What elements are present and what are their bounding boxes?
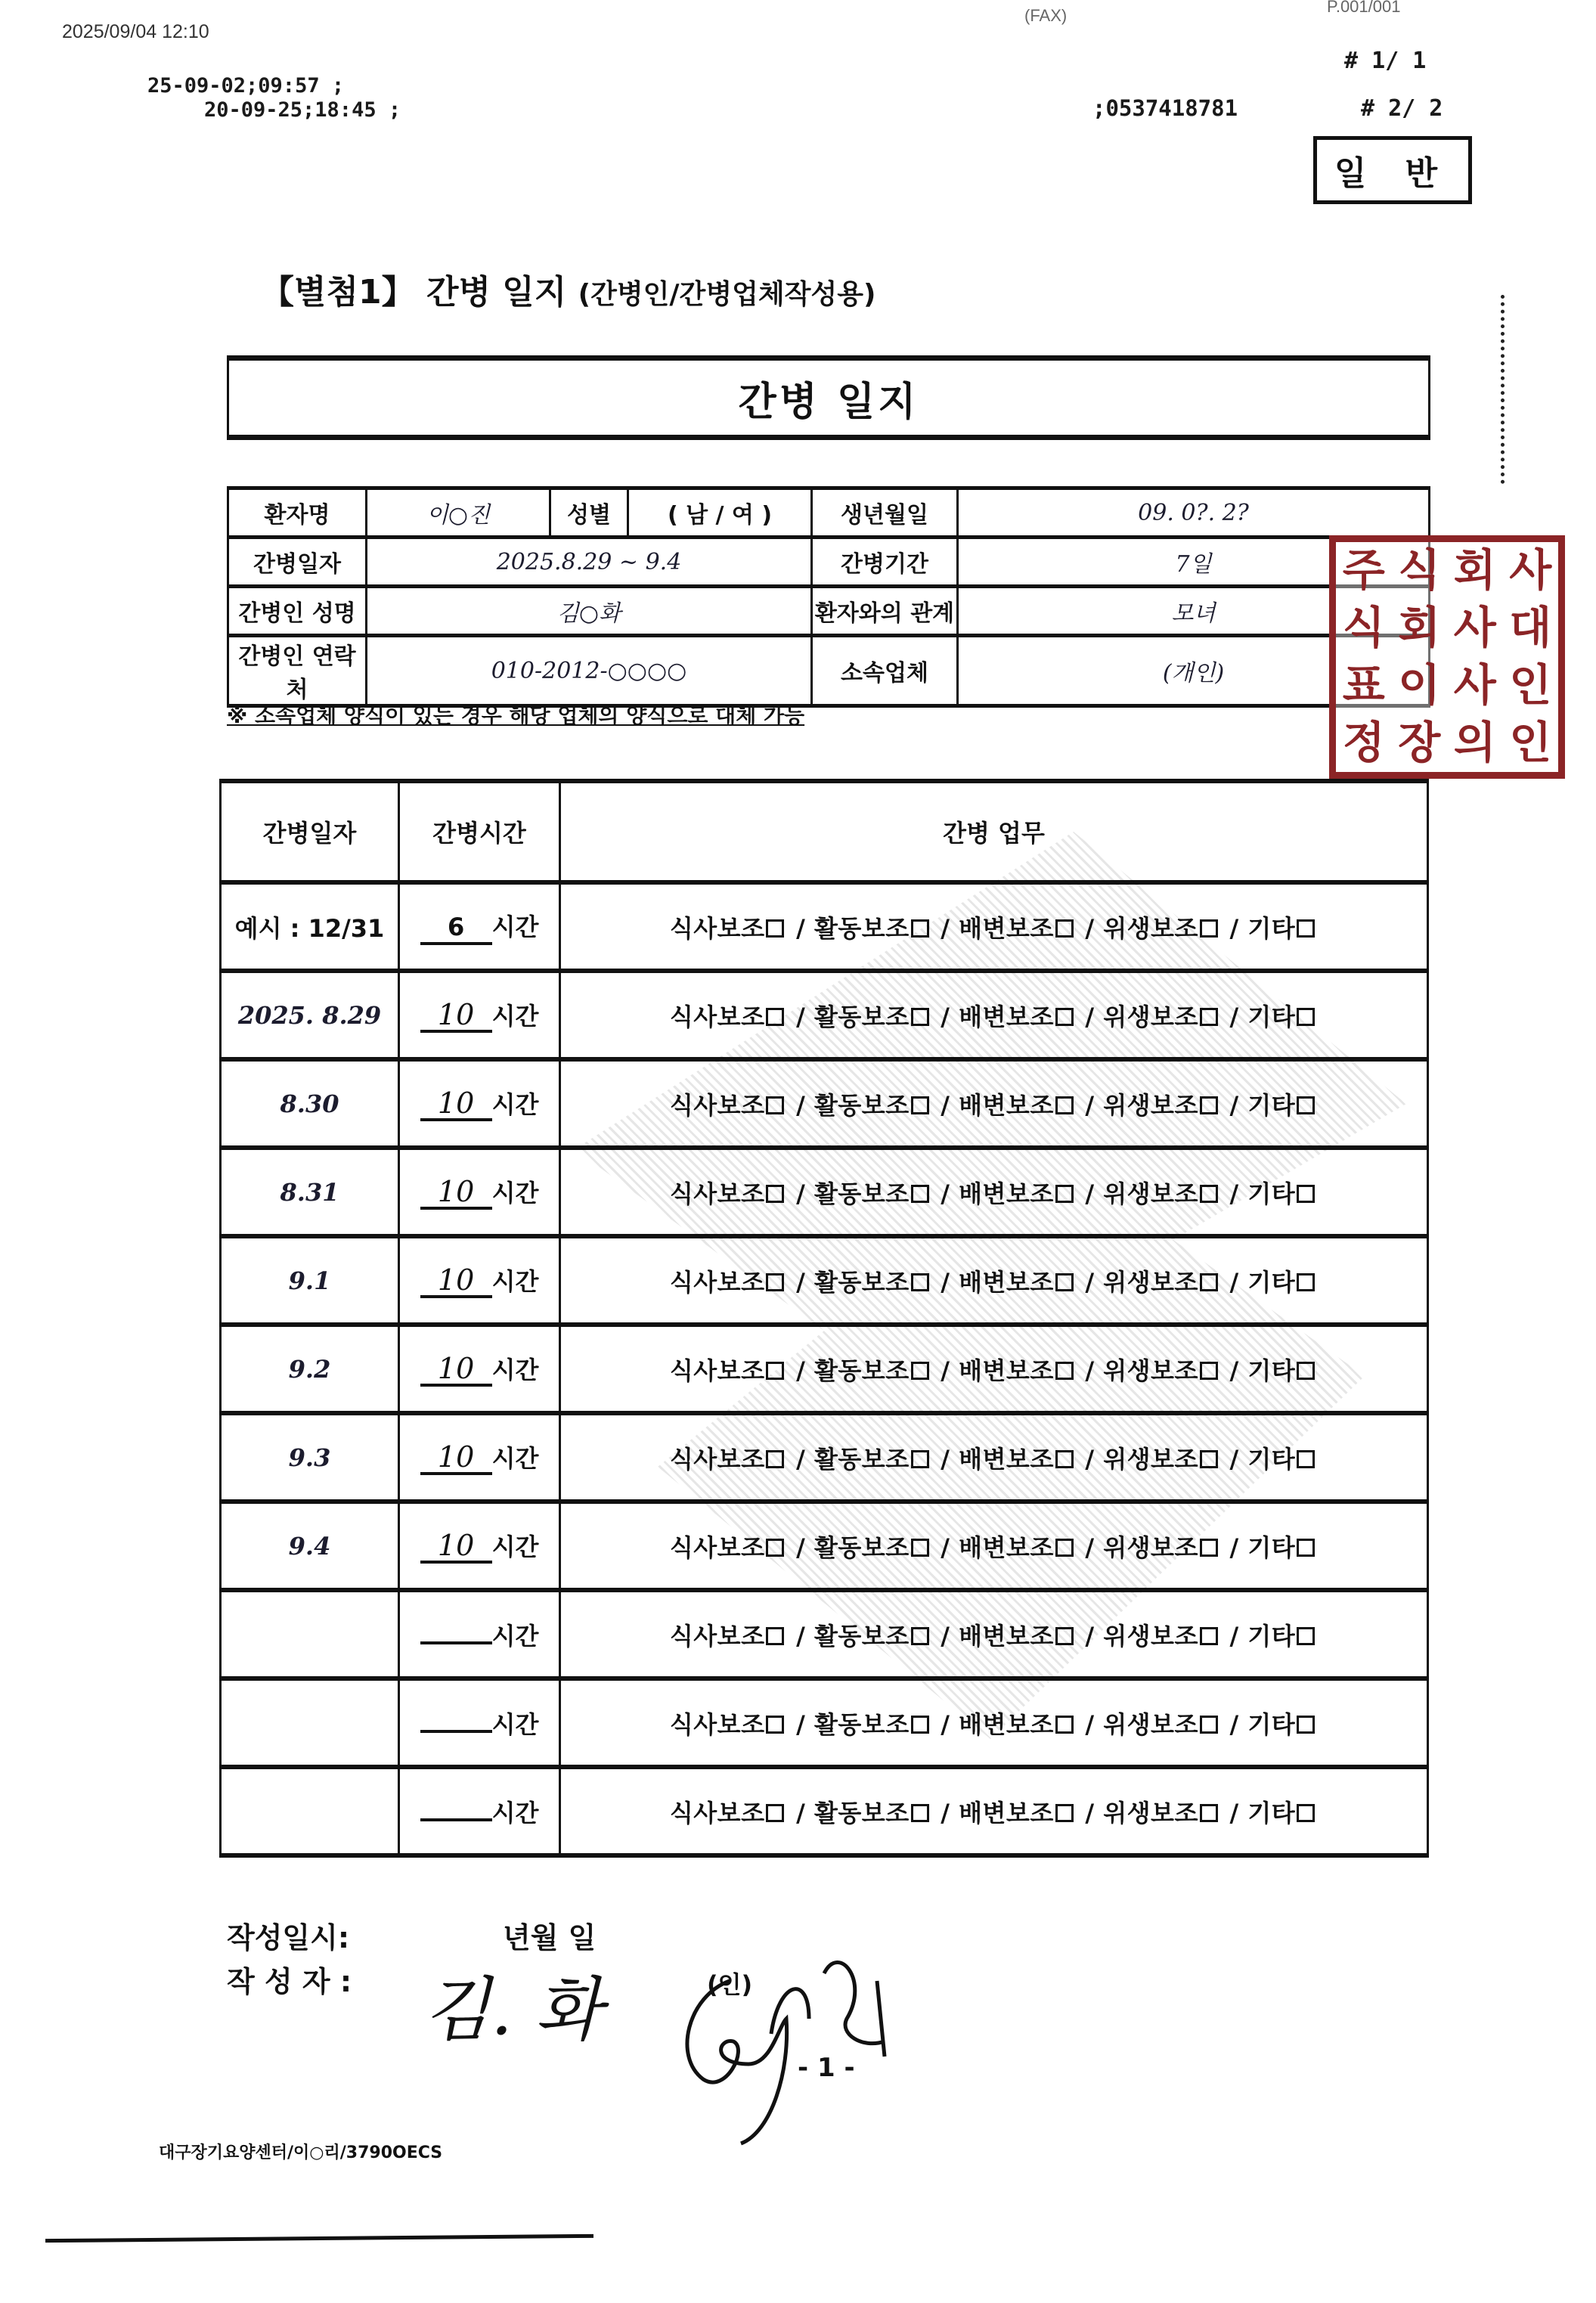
task-option[interactable]: 기타	[1247, 1533, 1318, 1562]
organization-footer: 대구장기요양센터/이○리/3790OECS	[159, 2140, 442, 2163]
task-option[interactable]: 배변보조	[959, 1533, 1077, 1562]
task-option[interactable]: 배변보조	[959, 1268, 1077, 1297]
task-option[interactable]: 기타	[1247, 1091, 1318, 1120]
author-label: 작 성 자 :	[227, 1958, 352, 2000]
bottom-rule	[45, 2234, 593, 2243]
label-caregiver-contact: 간병인 연락처	[228, 636, 367, 706]
checkbox-icon[interactable]	[1055, 1450, 1074, 1468]
task-option[interactable]: 기타	[1247, 1799, 1318, 1827]
row-date[interactable]	[221, 1678, 399, 1767]
checkbox-icon[interactable]	[911, 1185, 929, 1203]
checkbox-icon[interactable]	[1200, 1627, 1218, 1645]
value-gender: ( 남 / 여 )	[628, 488, 812, 538]
row-hours[interactable]: 시간	[399, 1678, 560, 1767]
task-option[interactable]: 활동보조	[814, 1710, 932, 1739]
seal-glyph: 표	[1336, 657, 1392, 714]
seal-glyph: 의	[1447, 714, 1503, 772]
care-log-row: 8.3110시간식사보조 / 활동보조 / 배변보조 / 위생보조 / 기타	[221, 1148, 1428, 1236]
label-patient-name: 환자명	[228, 488, 367, 538]
document-title: 간병 일지	[227, 355, 1430, 440]
fax-sender-number: ;0537418781	[1092, 95, 1238, 121]
seal-glyph: 사	[1447, 657, 1503, 714]
row-hours-unit: 시간	[492, 1799, 539, 1827]
task-option[interactable]: 식사보조	[670, 1533, 788, 1562]
checkbox-icon[interactable]	[1055, 1096, 1074, 1114]
checkbox-icon[interactable]	[1200, 1096, 1218, 1114]
row-hours-value[interactable]: 10	[420, 1530, 492, 1564]
row-date[interactable]	[221, 1590, 399, 1678]
margin-dotted-line	[1501, 295, 1505, 484]
row-hours-value[interactable]: 10	[420, 1442, 492, 1475]
written-date-label: 작성일시:	[227, 1914, 349, 1956]
checkbox-icon[interactable]	[1055, 919, 1074, 938]
task-option[interactable]: 위생보조	[1103, 1533, 1221, 1562]
fax-page-code: P.001/001	[1327, 0, 1400, 17]
checkbox-icon[interactable]	[766, 1096, 784, 1114]
checkbox-icon[interactable]	[766, 1362, 784, 1380]
care-log-row: 9.110시간식사보조 / 활동보조 / 배변보조 / 위생보조 / 기타	[221, 1236, 1428, 1325]
header-care-date: 간병일자	[221, 781, 399, 882]
fax-line1-page: # 1/ 1	[1344, 48, 1426, 74]
task-option[interactable]: 식사보조	[670, 1799, 788, 1827]
row-hours-unit: 시간	[492, 1533, 539, 1561]
task-option[interactable]: 위생보조	[1103, 1091, 1221, 1120]
care-log-row: 8.3010시간식사보조 / 활동보조 / 배변보조 / 위생보조 / 기타	[221, 1059, 1428, 1148]
row-tasks: 식사보조 / 활동보조 / 배변보조 / 위생보조 / 기타	[560, 1767, 1428, 1855]
value-care-dates: 2025.8.29 ~ 9.4	[367, 538, 812, 587]
row-date[interactable]: 9.3	[221, 1413, 399, 1502]
task-option[interactable]: 위생보조	[1103, 1179, 1221, 1208]
checkbox-icon[interactable]	[766, 1273, 784, 1291]
checkbox-icon[interactable]	[766, 1539, 784, 1557]
task-option[interactable]: 배변보조	[959, 1091, 1077, 1120]
seal-glyph: 대	[1503, 600, 1559, 657]
task-option[interactable]: 활동보조	[814, 1003, 932, 1031]
care-log-example-row: 예시 : 12/31 6시간 식사보조 / 활동보조 / 배변보조 / 위생보조…	[221, 882, 1428, 971]
task-option[interactable]: 식사보조	[670, 1445, 788, 1474]
seal-glyph: 사	[1447, 600, 1503, 657]
seal-glyph: 회	[1447, 542, 1503, 600]
checkbox-icon[interactable]	[1297, 1362, 1315, 1380]
checkbox-icon[interactable]	[1297, 1273, 1315, 1291]
row-hours-unit: 시간	[492, 1356, 539, 1384]
row-hours[interactable]: 시간	[399, 1590, 560, 1678]
seal-glyph: 인	[1503, 657, 1559, 714]
seal-glyph: 인	[1503, 714, 1559, 772]
fax-line2-page: # 2/ 2	[1361, 95, 1443, 122]
task-option[interactable]: 위생보조	[1103, 1622, 1221, 1651]
checkbox-icon[interactable]	[1200, 1804, 1218, 1822]
fax-received-datetime: 2025/09/04 12:10	[62, 21, 209, 43]
seal-glyph: 회	[1392, 600, 1448, 657]
caregiver-contact-row: 간병인 연락처 010-2012-○○○○ 소속업체 (개인)	[228, 636, 1430, 706]
example-hours-value: 6	[420, 912, 492, 945]
heading-subtitle: (간병인/간병업체작성용)	[578, 279, 876, 310]
checkbox-icon[interactable]	[766, 919, 784, 938]
row-hours-value[interactable]: 10	[420, 1000, 492, 1033]
row-hours[interactable]: 10시간	[399, 1059, 560, 1148]
checkbox-icon[interactable]	[766, 1804, 784, 1822]
row-hours-value[interactable]: 10	[420, 1176, 492, 1210]
task-option[interactable]: 배변보조	[959, 1622, 1077, 1651]
author-signature: 김. 화	[423, 1954, 602, 2054]
row-hours-unit: 시간	[492, 1090, 539, 1119]
row-hours-value[interactable]: 10	[420, 1353, 492, 1387]
row-hours-value[interactable]: 10	[420, 1088, 492, 1121]
checkbox-icon[interactable]	[1055, 1185, 1074, 1203]
task-option[interactable]: 배변보조	[959, 1710, 1077, 1739]
task-option[interactable]: 활동보조	[814, 1533, 932, 1562]
checkbox-icon[interactable]	[1200, 1450, 1218, 1468]
document-heading: 【별첨1】 간병 일지 (간병인/간병업체작성용)	[261, 265, 875, 313]
checkbox-icon[interactable]	[766, 1185, 784, 1203]
row-hours-value[interactable]: 10	[420, 1265, 492, 1298]
page-number: - 1 -	[798, 2053, 855, 2083]
seal-glyph: 장	[1392, 714, 1448, 772]
care-log-header: 간병일자 간병시간 간병 업무	[221, 781, 1428, 882]
checkbox-icon[interactable]	[911, 1273, 929, 1291]
task-option[interactable]: 활동보조	[814, 1622, 932, 1651]
task-option[interactable]: 활동보조	[814, 1091, 932, 1120]
task-option[interactable]: 기타	[1247, 1179, 1318, 1208]
label-care-period: 간병기간	[812, 538, 958, 587]
checkbox-icon[interactable]	[1297, 1627, 1315, 1645]
checkbox-icon[interactable]	[1200, 919, 1218, 938]
care-log-row: 시간식사보조 / 활동보조 / 배변보조 / 위생보조 / 기타	[221, 1678, 1428, 1767]
row-hours[interactable]: 10시간	[399, 1413, 560, 1502]
checkbox-icon[interactable]	[1055, 1273, 1074, 1291]
task-option[interactable]: 기타	[1247, 1003, 1318, 1031]
checkbox-icon[interactable]	[1055, 1008, 1074, 1026]
task-option[interactable]: 배변보조	[959, 1179, 1077, 1208]
task-option[interactable]: 배변보조	[959, 1356, 1077, 1385]
row-tasks: 식사보조 / 활동보조 / 배변보조 / 위생보조 / 기타	[560, 1236, 1428, 1325]
row-hours-unit: 시간	[492, 1002, 539, 1031]
task-option[interactable]: 위생보조	[1103, 1268, 1221, 1297]
agency-form-notice: ※ 소속업체 양식이 있는 경우 해당 업체의 양식으로 대체 가능	[227, 699, 804, 730]
seal-glyph: 사	[1503, 542, 1559, 600]
task-option[interactable]: 배변보조	[959, 1003, 1077, 1031]
checkbox-icon[interactable]	[911, 1096, 929, 1114]
label-relationship: 환자와의 관계	[812, 587, 958, 636]
caregiver-name-row: 간병인 성명 김○화 환자와의 관계 모녀	[228, 587, 1430, 636]
row-hours-value[interactable]	[420, 1818, 492, 1821]
patient-row: 환자명 이○진 성별 ( 남 / 여 ) 생년월일 09. 0?. 2?	[228, 488, 1430, 538]
seal-glyph: 정	[1336, 714, 1392, 772]
checkbox-icon[interactable]	[911, 1008, 929, 1026]
checkbox-icon[interactable]	[766, 1450, 784, 1468]
task-option[interactable]: 식사보조	[670, 914, 788, 943]
row-tasks: 식사보조 / 활동보조 / 배변보조 / 위생보조 / 기타	[560, 1590, 1428, 1678]
task-option[interactable]: 식사보조	[670, 1268, 788, 1297]
checkbox-icon[interactable]	[911, 1362, 929, 1380]
handwritten-signature-icon	[658, 1951, 892, 2147]
task-option[interactable]: 기타	[1247, 1445, 1318, 1474]
checkbox-icon[interactable]	[1055, 1627, 1074, 1645]
task-option[interactable]: 식사보조	[670, 1179, 788, 1208]
checkbox-icon[interactable]	[1297, 1185, 1315, 1203]
checkbox-icon[interactable]	[1297, 919, 1315, 938]
task-option[interactable]: 위생보조	[1103, 914, 1221, 943]
header-care-tasks: 간병 업무	[560, 781, 1428, 882]
task-option[interactable]: 활동보조	[814, 1799, 932, 1827]
row-date[interactable]: 2025. 8.29	[221, 971, 399, 1059]
row-tasks: 식사보조 / 활동보조 / 배변보조 / 위생보조 / 기타	[560, 971, 1428, 1059]
care-log-row: 9.210시간식사보조 / 활동보조 / 배변보조 / 위생보조 / 기타	[221, 1325, 1428, 1413]
care-log-table: 간병일자 간병시간 간병 업무 예시 : 12/31 6시간 식사보조 / 활동…	[219, 779, 1429, 1858]
example-date: 예시 : 12/31	[221, 882, 399, 971]
checkbox-icon[interactable]	[1297, 1096, 1315, 1114]
row-date[interactable]: 8.30	[221, 1059, 399, 1148]
row-hours[interactable]: 10시간	[399, 1502, 560, 1590]
task-option[interactable]: 활동보조	[814, 1268, 932, 1297]
fax-label: (FAX)	[1024, 6, 1067, 26]
task-option[interactable]: 활동보조	[814, 1179, 932, 1208]
row-hours[interactable]: 10시간	[399, 1148, 560, 1236]
checkbox-icon[interactable]	[1055, 1362, 1074, 1380]
fax-line1-timestamp: 25-09-02;09:57 ;	[147, 74, 344, 98]
row-tasks: 식사보조 / 활동보조 / 배변보조 / 위생보조 / 기타	[560, 1413, 1428, 1502]
care-log-row: 9.410시간식사보조 / 활동보조 / 배변보조 / 위생보조 / 기타	[221, 1502, 1428, 1590]
task-option[interactable]: 식사보조	[670, 1091, 788, 1120]
checkbox-icon[interactable]	[1297, 1716, 1315, 1734]
row-tasks: 식사보조 / 활동보조 / 배변보조 / 위생보조 / 기타	[560, 1502, 1428, 1590]
checkbox-icon[interactable]	[911, 1716, 929, 1734]
checkbox-icon[interactable]	[1297, 1008, 1315, 1026]
checkbox-icon[interactable]	[1297, 1450, 1315, 1468]
checkbox-icon[interactable]	[1200, 1008, 1218, 1026]
checkbox-icon[interactable]	[911, 1450, 929, 1468]
task-option[interactable]: 기타	[1247, 1622, 1318, 1651]
task-option[interactable]: 배변보조	[959, 1445, 1077, 1474]
checkbox-icon[interactable]	[1055, 1804, 1074, 1822]
row-tasks: 식사보조 / 활동보조 / 배변보조 / 위생보조 / 기타	[560, 1059, 1428, 1148]
task-option[interactable]: 식사보조	[670, 1003, 788, 1031]
checkbox-icon[interactable]	[1200, 1716, 1218, 1734]
value-caregiver-name: 김○화	[367, 587, 812, 636]
checkbox-icon[interactable]	[911, 1539, 929, 1557]
task-option[interactable]: 식사보조	[670, 1710, 788, 1739]
checkbox-icon[interactable]	[911, 919, 929, 938]
seal-glyph: 이	[1392, 657, 1448, 714]
task-option[interactable]: 위생보조	[1103, 1445, 1221, 1474]
row-date[interactable]: 9.2	[221, 1325, 399, 1413]
classification-box: 일 반	[1313, 136, 1472, 204]
row-hours-value[interactable]	[420, 1641, 492, 1644]
row-hours[interactable]: 10시간	[399, 1236, 560, 1325]
row-date[interactable]	[221, 1767, 399, 1855]
task-option[interactable]: 기타	[1247, 1710, 1318, 1739]
task-option[interactable]: 활동보조	[814, 914, 932, 943]
checkbox-icon[interactable]	[1200, 1539, 1218, 1557]
written-date-value: 년월 일	[503, 1914, 596, 1956]
task-option[interactable]: 기타	[1247, 914, 1318, 943]
care-log-row: 시간식사보조 / 활동보조 / 배변보조 / 위생보조 / 기타	[221, 1590, 1428, 1678]
checkbox-icon[interactable]	[1297, 1804, 1315, 1822]
label-caregiver-name: 간병인 성명	[228, 587, 367, 636]
task-option[interactable]: 활동보조	[814, 1356, 932, 1385]
row-date[interactable]: 8.31	[221, 1148, 399, 1236]
seal-glyph: 주	[1336, 542, 1392, 600]
row-hours-unit: 시간	[492, 1622, 539, 1651]
row-tasks: 식사보조 / 활동보조 / 배변보조 / 위생보조 / 기타	[560, 1325, 1428, 1413]
care-log-row: 9.310시간식사보조 / 활동보조 / 배변보조 / 위생보조 / 기타	[221, 1413, 1428, 1502]
label-care-dates: 간병일자	[228, 538, 367, 587]
checkbox-icon[interactable]	[1055, 1539, 1074, 1557]
seal-glyph: 식	[1336, 600, 1392, 657]
task-option[interactable]: 기타	[1247, 1268, 1318, 1297]
row-hours-unit: 시간	[492, 1710, 539, 1739]
care-date-row: 간병일자 2025.8.29 ~ 9.4 간병기간 7일	[228, 538, 1430, 587]
checkbox-icon[interactable]	[766, 1008, 784, 1026]
row-hours[interactable]: 10시간	[399, 971, 560, 1059]
checkbox-icon[interactable]	[1200, 1185, 1218, 1203]
row-hours[interactable]: 시간	[399, 1767, 560, 1855]
checkbox-icon[interactable]	[1200, 1273, 1218, 1291]
header-care-hours: 간병시간	[399, 781, 560, 882]
row-tasks: 식사보조 / 활동보조 / 배변보조 / 위생보조 / 기타	[560, 1148, 1428, 1236]
care-log-row: 시간식사보조 / 활동보조 / 배변보조 / 위생보조 / 기타	[221, 1767, 1428, 1855]
checkbox-icon[interactable]	[766, 1716, 784, 1734]
task-option[interactable]: 식사보조	[670, 1622, 788, 1651]
label-agency: 소속업체	[812, 636, 958, 706]
checkbox-icon[interactable]	[911, 1804, 929, 1822]
task-option[interactable]: 활동보조	[814, 1445, 932, 1474]
example-hours: 6시간	[399, 882, 560, 971]
patient-info-table: 환자명 이○진 성별 ( 남 / 여 ) 생년월일 09. 0?. 2? 간병일…	[227, 486, 1430, 708]
task-option[interactable]: 기타	[1247, 1356, 1318, 1385]
value-birthdate: 09. 0?. 2?	[958, 488, 1430, 538]
checkbox-icon[interactable]	[1055, 1716, 1074, 1734]
checkbox-icon[interactable]	[911, 1627, 929, 1645]
care-log-row: 2025. 8.2910시간식사보조 / 활동보조 / 배변보조 / 위생보조 …	[221, 971, 1428, 1059]
task-option[interactable]: 위생보조	[1103, 1799, 1221, 1827]
example-hours-unit: 시간	[492, 913, 539, 941]
row-tasks: 식사보조 / 활동보조 / 배변보조 / 위생보조 / 기타	[560, 1678, 1428, 1767]
row-hours[interactable]: 10시간	[399, 1325, 560, 1413]
value-caregiver-contact: 010-2012-○○○○	[367, 636, 812, 706]
task-option[interactable]: 배변보조	[959, 1799, 1077, 1827]
row-hours-value[interactable]	[420, 1730, 492, 1733]
row-hours-unit: 시간	[492, 1267, 539, 1296]
checkbox-icon[interactable]	[1297, 1539, 1315, 1557]
task-option[interactable]: 식사보조	[670, 1356, 788, 1385]
label-birthdate: 생년월일	[812, 488, 958, 538]
task-option[interactable]: 위생보조	[1103, 1710, 1221, 1739]
seal-glyph: 식	[1392, 542, 1448, 600]
checkbox-icon[interactable]	[1200, 1362, 1218, 1380]
heading-text: 【별첨1】 간병 일지	[261, 273, 566, 312]
value-patient-name: 이○진	[367, 488, 550, 538]
fax-line2-timestamp: 20-09-25;18:45 ;	[204, 98, 401, 122]
checkbox-icon[interactable]	[766, 1627, 784, 1645]
task-option[interactable]: 배변보조	[959, 914, 1077, 943]
company-seal-stamp: 주식회사식회사대표이사인정장의인	[1329, 535, 1565, 779]
example-tasks: 식사보조 / 활동보조 / 배변보조 / 위생보조 / 기타	[560, 882, 1428, 971]
row-hours-unit: 시간	[492, 1179, 539, 1207]
row-hours-unit: 시간	[492, 1444, 539, 1473]
task-option[interactable]: 위생보조	[1103, 1356, 1221, 1385]
label-gender: 성별	[550, 488, 628, 538]
task-option[interactable]: 위생보조	[1103, 1003, 1221, 1031]
row-date[interactable]: 9.1	[221, 1236, 399, 1325]
row-date[interactable]: 9.4	[221, 1502, 399, 1590]
